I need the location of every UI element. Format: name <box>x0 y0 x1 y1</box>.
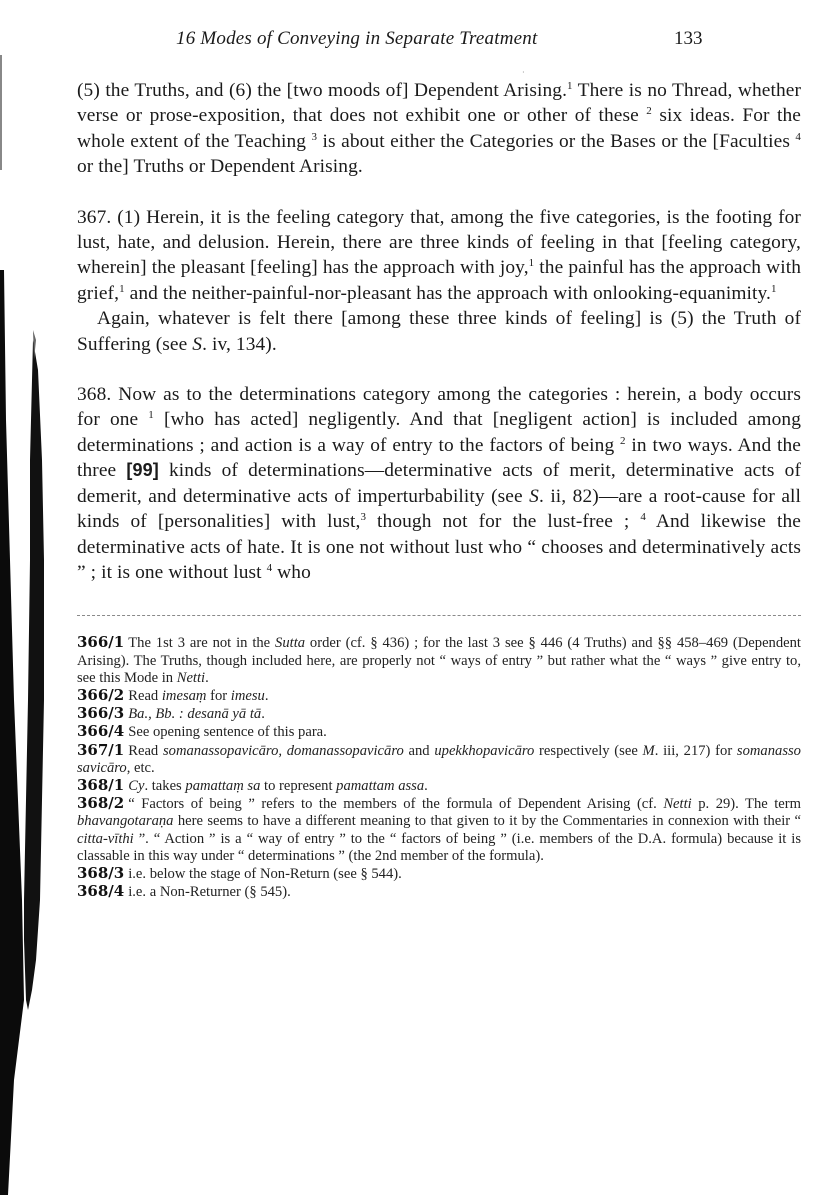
text-run: and <box>404 743 435 759</box>
italic-term: imesaṃ <box>162 688 207 704</box>
italic-term: Netti <box>177 670 205 686</box>
text-run: respectively (see <box>534 743 642 759</box>
footnote-366-3: 366/3Ba., Bb. : desanā yā tā. <box>77 705 801 723</box>
original-page-marker: [99] <box>126 460 158 480</box>
text-run: . <box>424 778 428 794</box>
text-run: p. 29). The term <box>692 796 801 812</box>
paragraph-366-end: (5) the Truths, and (6) the [two moods o… <box>77 78 801 180</box>
footnote-number: 368/4 <box>77 882 124 900</box>
footnote-number: 368/2 <box>77 794 124 812</box>
italic-term: Sutta <box>275 635 305 651</box>
italic-term: somanassopavicāro, domanassopavicāro <box>163 743 404 759</box>
paragraph-367: 367. (1) Herein, it is the feeling categ… <box>77 205 801 307</box>
text-run: , etc. <box>127 760 155 776</box>
footnote-number: 368/1 <box>77 776 124 794</box>
paragraph-368: 368. Now as to the determinations catego… <box>77 382 801 585</box>
text-run: . <box>261 706 265 722</box>
running-head: 16 Modes of Conveying in Separate Treatm… <box>77 28 801 58</box>
citation-abbrev: S <box>529 486 539 507</box>
text-run: Read <box>128 688 162 704</box>
citation-abbrev: S <box>192 334 202 355</box>
text-run: is about either the Categories or the Ba… <box>317 131 795 152</box>
footnote-number: 366/3 <box>77 704 124 722</box>
text-run: who <box>272 562 311 583</box>
text-run: to represent <box>260 778 336 794</box>
text-run: ”. “ Action ” is a “ way of entry ” to t… <box>77 831 801 864</box>
text-run: i.e. a Non-Returner (§ 545). <box>128 884 291 900</box>
footnote-368-1: 368/1Cy. takes pamattaṃ sa to represent … <box>77 777 801 795</box>
text-run: “ Factors of being ” refers to the membe… <box>128 796 663 812</box>
text-run: here seems to have a different meaning t… <box>173 813 801 829</box>
footnote-368-4: 368/4i.e. a Non-Returner (§ 545). <box>77 883 801 901</box>
italic-term: imesu <box>231 688 265 704</box>
main-text: (5) the Truths, and (6) the [two moods o… <box>77 78 801 585</box>
text-run: for <box>206 688 230 704</box>
footnote-368-3: 368/3i.e. below the stage of Non-Return … <box>77 865 801 883</box>
chapter-title: 16 Modes of Conveying in Separate Treatm… <box>176 28 537 50</box>
italic-term: pamattam assa <box>336 778 424 794</box>
footnote-separator <box>77 615 801 616</box>
text-run: Read <box>128 743 163 759</box>
text-run: or the] Truths or Dependent Arising. <box>77 156 363 177</box>
footnotes: 366/1The 1st 3 are not in the Sutta orde… <box>77 634 801 901</box>
footnote-number: 367/1 <box>77 741 124 759</box>
paragraph-367-continued: Again, whatever is felt there [among the… <box>77 306 801 357</box>
book-page: 16 Modes of Conveying in Separate Treatm… <box>77 28 801 901</box>
text-run: . <box>265 688 269 704</box>
italic-term: Cy <box>128 778 144 794</box>
text-run: . iii, 217) for <box>655 743 737 759</box>
footnote-number: 366/4 <box>77 722 124 740</box>
italic-term: bhavangotaraṇa <box>77 813 173 829</box>
footnote-number: 366/2 <box>77 686 124 704</box>
footnote-367-1: 367/1Read somanassopavicāro, domanassopa… <box>77 742 801 777</box>
footnote-366-2: 366/2Read imesaṃ for imesu. <box>77 687 801 705</box>
footnote-number: 366/1 <box>77 633 124 651</box>
italic-term: citta-vīthi <box>77 831 134 847</box>
footnote-number: 368/3 <box>77 864 124 882</box>
scan-binding-shadow <box>0 0 50 1195</box>
text-run: i.e. below the stage of Non-Return (see … <box>128 866 402 882</box>
text-run: and the neither-painful-nor-pleasant has… <box>125 283 771 304</box>
italic-term: M <box>643 743 655 759</box>
italic-term: Netti <box>663 796 691 812</box>
text-run: (5) the Truths, and (6) the [two moods o… <box>77 80 567 101</box>
text-run: . iv, 134). <box>202 334 277 355</box>
italic-term: pamattaṃ sa <box>185 778 260 794</box>
text-run: See opening sentence of this para. <box>128 724 327 740</box>
text-run: Again, whatever is felt there [among the… <box>77 308 801 354</box>
text-run: . takes <box>144 778 185 794</box>
text-run: . <box>205 670 209 686</box>
footnote-ref: 4 <box>795 131 801 143</box>
footnote-366-1: 366/1The 1st 3 are not in the Sutta orde… <box>77 634 801 687</box>
text-run: The 1st 3 are not in the <box>128 635 275 651</box>
footnote-368-2: 368/2“ Factors of being ” refers to the … <box>77 795 801 865</box>
footnote-ref: 1 <box>771 283 777 295</box>
italic-term: Ba., Bb. : desanā yā tā <box>128 706 261 722</box>
italic-term: upekkhopavicāro <box>434 743 534 759</box>
page-number: 133 <box>674 28 703 50</box>
text-run: though not for the lust-free ; <box>366 511 640 532</box>
footnote-366-4: 366/4See opening sentence of this para. <box>77 723 801 741</box>
